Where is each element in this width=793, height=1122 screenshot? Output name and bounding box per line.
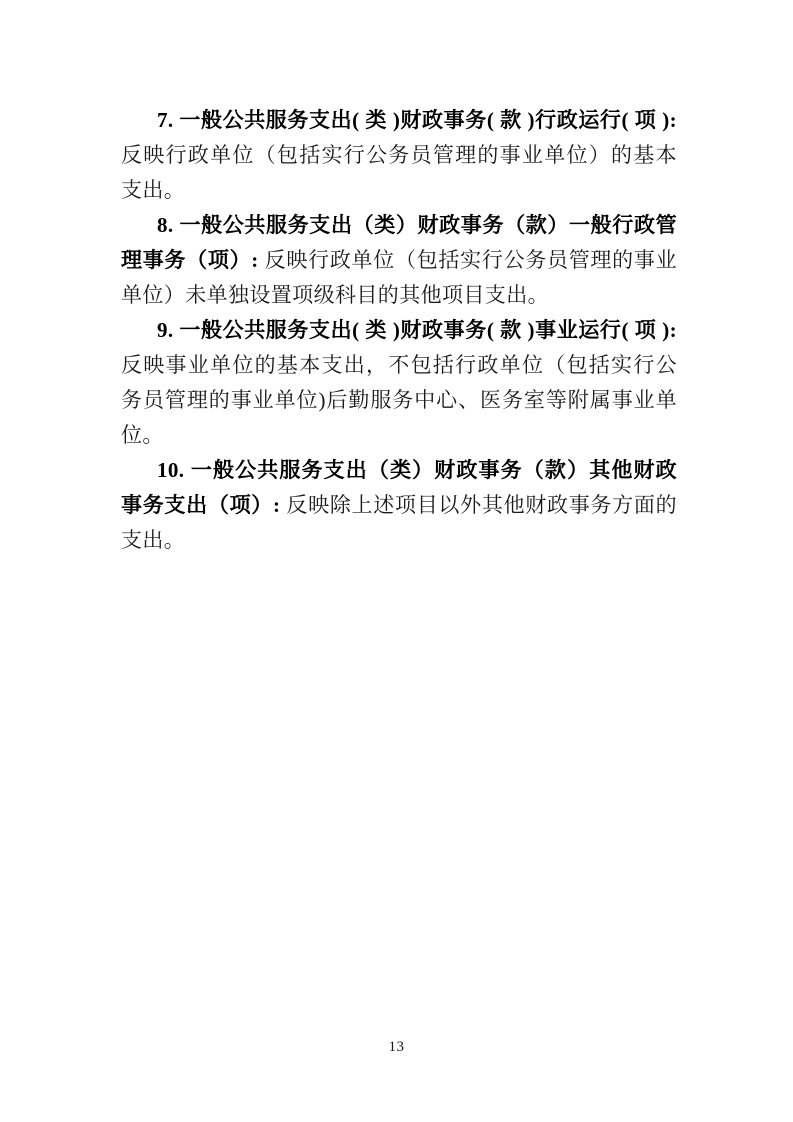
paragraph-body: 反映事业单位的基本支出，不包括行政单位（包括实行公务员管理的事业单位)后勤服务中… [121,353,677,447]
paragraph-item-8: 8. 一般公共服务支出（类）财政事务（款）一般行政管理事务（项）: 反映行政单位… [121,208,677,313]
document-body: 7. 一般公共服务支出( 类 )财政事务( 款 )行政运行( 项 ): 反映行政… [121,103,677,558]
document-page: 7. 一般公共服务支出( 类 )财政事务( 款 )行政运行( 项 ): 反映行政… [0,0,793,1122]
paragraph-body: 反映行政单位（包括实行公务员管理的事业单位）的基本支出。 [121,143,677,202]
paragraph-heading: 9. 一般公共服务支出( 类 )财政事务( 款 )事业运行( 项 ): [157,318,677,342]
page-number: 13 [0,1040,793,1055]
paragraph-item-7: 7. 一般公共服务支出( 类 )财政事务( 款 )行政运行( 项 ): 反映行政… [121,103,677,208]
paragraph-heading: 7. 一般公共服务支出( 类 )财政事务( 款 )行政运行( 项 ): [157,108,677,132]
paragraph-item-9: 9. 一般公共服务支出( 类 )财政事务( 款 )事业运行( 项 ): 反映事业… [121,313,677,453]
paragraph-item-10: 10. 一般公共服务支出（类）财政事务（款）其他财政事务支出（项）: 反映除上述… [121,453,677,558]
